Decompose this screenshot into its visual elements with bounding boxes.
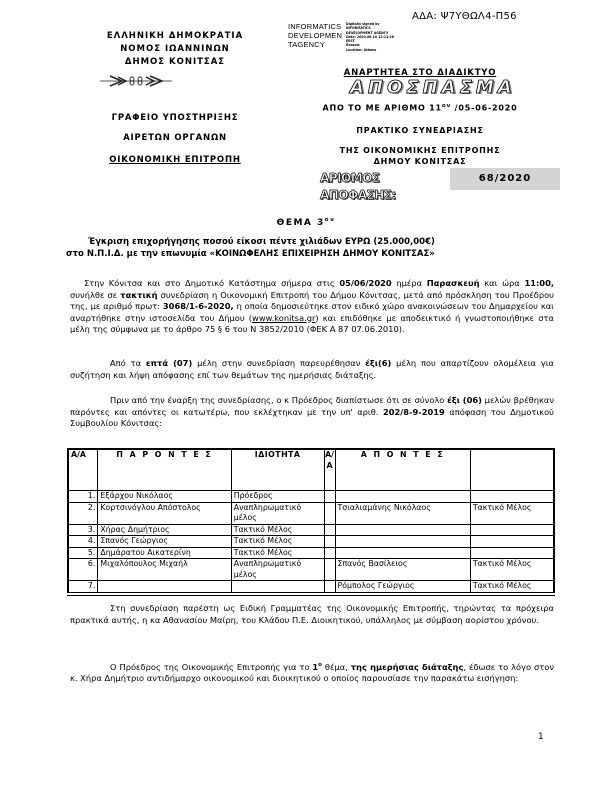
paragraph-attendance: Πριν από την έναρξη της συνεδρίασης, ο κ… (70, 395, 554, 430)
cell-number: 7. (68, 581, 98, 594)
cell-role: Πρόεδρος (231, 491, 324, 503)
text: συνήλθε σε (70, 290, 120, 300)
cell-absent-role (470, 536, 554, 548)
cell-absent-role (470, 547, 554, 559)
cell-aa (324, 491, 335, 503)
minutes-ref-sup: ον (442, 103, 451, 109)
present-count: έξι (06) (447, 395, 482, 405)
cell-number: 5. (68, 547, 98, 559)
office-name-2: ΑΙΡΕΤΩΝ ΟΡΓΑΝΩΝ (95, 133, 255, 143)
signature-org-line: TAGENCY (288, 40, 342, 49)
topic-subject: Έγκριση επιχορήγησης ποσού είκοσι πέντε … (66, 236, 556, 260)
ornament-icon (100, 74, 172, 88)
cell-absent-role: Τακτικό Μέλος (470, 581, 554, 594)
text: θέμα, (322, 662, 351, 672)
meeting-day: Παρασκευή (427, 278, 480, 288)
cell-absent (335, 491, 470, 503)
table-row: 2. Κορτσινόγλου Απόστολος Αναπληρωματικό… (68, 502, 554, 524)
cell-absent: Ρόμπολος Γεώργιος (335, 581, 470, 594)
cell-role (231, 581, 324, 594)
table-row: 1. Εξάρχου Νικόλαος Πρόεδρος (68, 491, 554, 503)
subject-line: Έγκριση επιχορήγησης ποσού είκοσι πέντε … (66, 236, 556, 248)
meeting-date: 05/06/2020 (339, 278, 391, 288)
agenda-phrase: της ημερήσιας διάταξης (351, 662, 464, 672)
header-present: Π Α Ρ Ο Ν Τ Ε Σ (98, 449, 231, 491)
total-members: επτά (07) (146, 358, 192, 368)
cell-absent-role (470, 491, 554, 503)
cell-absent (335, 524, 470, 536)
cell-absent: Σπανός Βασίλειος (335, 559, 470, 581)
cell-absent-role: Τακτικό Μέλος (470, 559, 554, 581)
topic-sup: ον (325, 217, 336, 223)
decision-number: 68/2020 (450, 168, 560, 190)
cell-absent-role (470, 524, 554, 536)
cell-absent (335, 536, 470, 548)
cell-absent-role: Τακτικό Μέλος (470, 502, 554, 524)
cell-aa (324, 502, 335, 524)
signature-details: Digitally signed by INFORMATICS DEVELOPM… (346, 22, 394, 52)
excerpt-title: ΑΠΟΣΠΑΣΜΑ (350, 78, 485, 98)
minutes-reference: ΑΠΟ ΤΟ ΜΕ ΑΡΙΘΜΟ 11ον /05-06-2020 (320, 103, 520, 113)
cell-number: 1. (68, 491, 98, 503)
ada-code: ΑΔΑ: Ψ7ΥΘΩΛ4-Π56 (412, 11, 517, 22)
topic-heading: ΘΕΜΑ 3ον (0, 217, 612, 228)
signature-org: INFORMATICS DEVELOPMEN TAGENCY (288, 22, 342, 49)
table-row: 3. Χήρας Δημήτριος Τακτικό Μέλος (68, 524, 554, 536)
cell-present: Κορτσινόγλου Απόστολος (98, 502, 231, 524)
cell-role: Τακτικό Μέλος (231, 547, 324, 559)
cell-present (98, 581, 231, 594)
cell-present: Δημάρατου Αικατερίνη (98, 547, 231, 559)
present-members: έξι(6) (365, 358, 391, 368)
page-number: 1 (538, 732, 544, 742)
signature-detail: Location: Athens (346, 48, 394, 52)
table-row: 6. Μιχαλόπουλος Μιχαήλ Αναπληρωματικό μέ… (68, 559, 554, 581)
header-absent: Α Π Ο Ν Τ Ε Σ (335, 449, 470, 491)
header-role: ΙΔΙΟΤΗΤΑ (231, 449, 324, 491)
council-decision: 202/8-9-2019 (383, 407, 445, 417)
header-country: ΕΛΛΗΝΙΚΗ ΔΗΜΟΚΡΑΤΙΑ (95, 30, 255, 43)
minutes-ref-suffix: /05-06-2020 (451, 104, 517, 113)
cell-present: Σπανός Γεώργιος (98, 536, 231, 548)
table-row: 5. Δημάρατου Αικατερίνη Τακτικό Μέλος (68, 547, 554, 559)
cell-role: Αναπληρωματικό μέλος (231, 502, 324, 524)
table-row: 4. Σπανός Γεώργιος Τακτικό Μέλος (68, 536, 554, 548)
table-row: 7. Ρόμπολος Γεώργιος Τακτικό Μέλος (68, 581, 554, 594)
paragraph-introduction: Ο Πρόεδρος της Οικονομικής Επιτροπής για… (70, 660, 554, 685)
meeting-type: τακτική (120, 290, 157, 300)
website-link[interactable]: www.konitsa.gr (252, 313, 315, 323)
text: και ώρα (480, 278, 525, 288)
cell-number: 4. (68, 536, 98, 548)
paragraph-secretary: Στη συνεδρίαση παρέστη ως Ειδική Γραμματ… (70, 603, 554, 626)
topic-label: ΘΕΜΑ 3 (277, 218, 325, 228)
paragraph-meeting: Στην Κόνιτσα και στο Δημοτικό Κατάστημα … (70, 278, 554, 336)
committee-title: ΤΗΣ ΟΙΚΟΝΟΜΙΚΗΣ ΕΠΙΤΡΟΠΗΣ ΔΗΜΟΥ ΚΟΝΙΤΣΑΣ (320, 145, 520, 167)
cell-absent (335, 547, 470, 559)
cell-role: Αναπληρωματικό μέλος (231, 559, 324, 581)
signature-org-line: DEVELOPMEN (288, 31, 342, 40)
cell-aa (324, 547, 335, 559)
header-aa-2: Α/Α (324, 449, 335, 491)
text: ημέρα (392, 278, 427, 288)
subject-line: στο Ν.Π.Ι.Δ. με την επωνυμία «ΚΟΙΝΩΦΕΛΗΣ… (66, 248, 556, 260)
cell-aa (324, 581, 335, 594)
text: Ο Πρόεδρος της Οικονομικής Επιτροπής για… (110, 662, 312, 672)
office-name: ΓΡΑΦΕΙΟ ΥΠΟΣΤΗΡΙΞΗΣ (95, 113, 255, 123)
signature-org-line: INFORMATICS (288, 22, 342, 31)
committee-name: ΟΙΚΟΝΟΜΙΚΗ ΕΠΙΤΡΟΠΗ (95, 155, 255, 165)
cell-role: Τακτικό Μέλος (231, 524, 324, 536)
cell-present: Εξάρχου Νικόλαος (98, 491, 231, 503)
cell-absent: Τσιαλιαμάνης Νικόλαος (335, 502, 470, 524)
header-municipality: ΔΗΜΟΣ ΚΟΝΙΤΣΑΣ (95, 56, 255, 69)
header-absent-role (470, 449, 554, 491)
cell-aa (324, 524, 335, 536)
cell-role: Τακτικό Μέλος (231, 536, 324, 548)
cell-number: 6. (68, 559, 98, 581)
attendance-table: Α/Α Π Α Ρ Ο Ν Τ Ε Σ ΙΔΙΟΤΗΤΑ Α/Α Α Π Ο Ν… (67, 448, 555, 596)
protocol-number: 3068/1-6-2020, (163, 301, 234, 311)
meeting-time: 11:00, (524, 278, 554, 288)
cell-number: 3. (68, 524, 98, 536)
cell-present: Μιχαλόπουλος Μιχαήλ (98, 559, 231, 581)
text: Στην Κόνιτσα και στο Δημοτικό Κατάστημα … (84, 278, 339, 288)
decision-label: ΑΡΙΘΜΟΣ ΑΠΟΦΑΣΗΣ: (320, 170, 440, 187)
header-prefecture: ΝΟΜΟΣ ΙΩΑΝΝΙΝΩΝ (95, 43, 255, 56)
paragraph-quorum: Από τα επτά (07) μέλη στην συνεδρίαση πα… (70, 358, 554, 381)
cell-present: Χήρας Δημήτριος (98, 524, 231, 536)
text: Πριν από την έναρξη της συνεδρίασης, ο κ… (110, 395, 447, 405)
text: μέλη στην συνεδρίαση παρευρέθησαν (192, 358, 365, 368)
text: Από τα (110, 358, 146, 368)
minutes-title: ΠΡΑΚΤΙΚΟ ΣΥΝΕΔΡΙΑΣΗΣ (320, 126, 520, 135)
cell-aa (324, 536, 335, 548)
header-aa: Α/Α (68, 449, 98, 491)
table-header-row: Α/Α Π Α Ρ Ο Ν Τ Ε Σ ΙΔΙΟΤΗΤΑ Α/Α Α Π Ο Ν… (68, 449, 554, 491)
minutes-ref-prefix: ΑΠΟ ΤΟ ΜΕ ΑΡΙΘΜΟ 11 (322, 104, 441, 113)
cell-aa (324, 559, 335, 581)
cell-number: 2. (68, 502, 98, 524)
